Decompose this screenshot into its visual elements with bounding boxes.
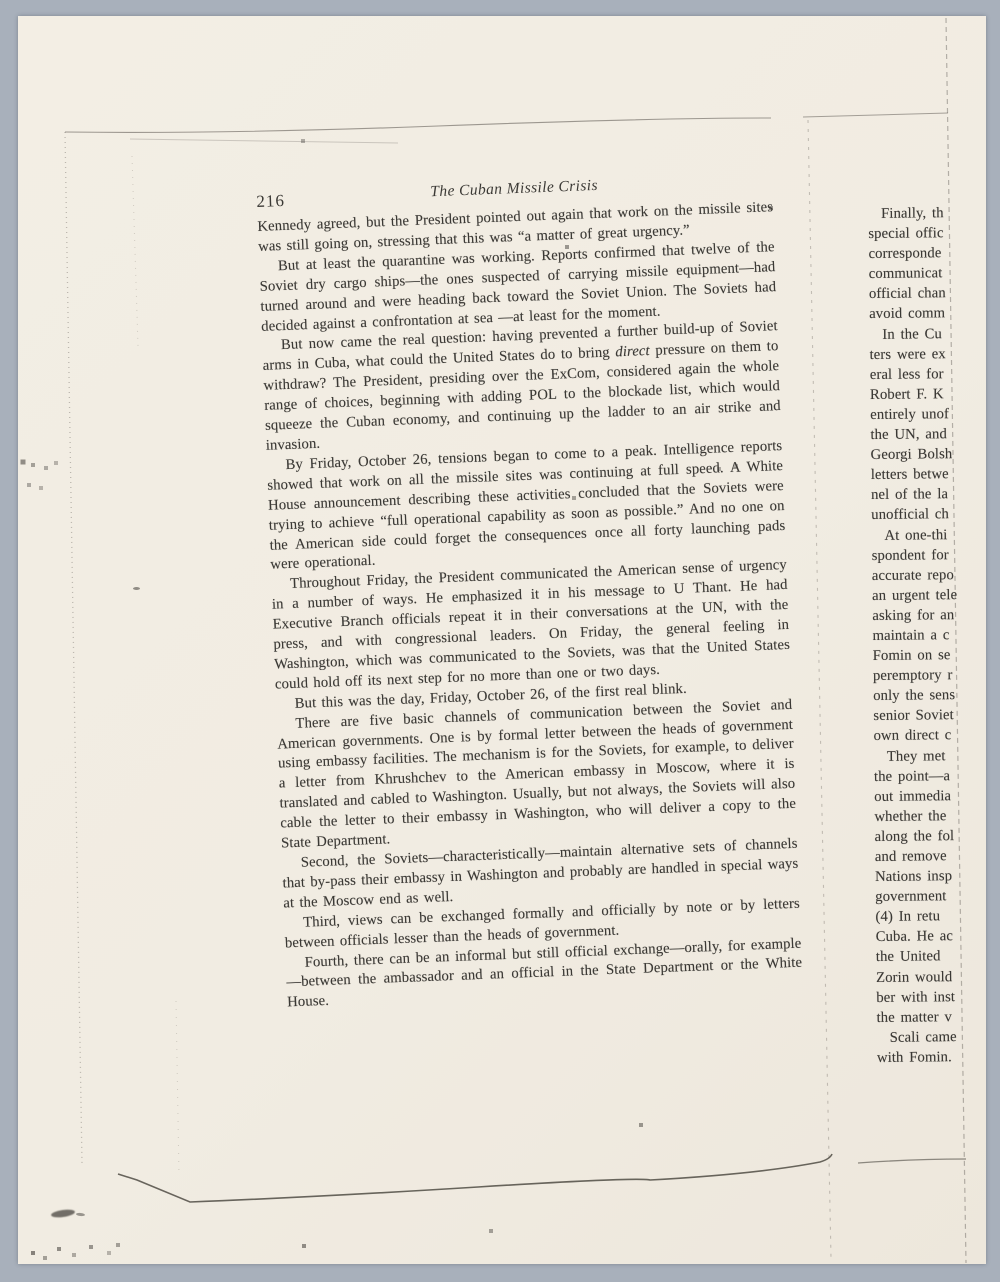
right-column-line: Finally, th (868, 203, 986, 224)
right-column-line: eral less for (870, 364, 988, 385)
right-column-line: Zorin would (876, 966, 994, 987)
right-column-line: Nations insp (875, 866, 993, 887)
paragraph: By Friday, October 26, tensions began to… (266, 437, 786, 576)
right-column-line: the UN, and (870, 424, 988, 445)
right-column-line: own direct c (873, 725, 991, 746)
paragraph: But now came the real question: having p… (262, 318, 782, 457)
right-column-line: accurate repo (872, 564, 990, 585)
right-column-line: Cuba. He ac (876, 926, 994, 947)
right-column-line: government (875, 886, 993, 907)
right-column-line: Georgi Bolsh (871, 444, 989, 465)
right-column-line: along the fol (875, 826, 993, 847)
right-column-line: maintain a c (872, 625, 990, 646)
paragraph: There are five basic channels of communi… (276, 695, 797, 854)
right-column-line: the United (876, 946, 994, 967)
right-column-line: asking for an (872, 605, 990, 626)
paragraph: Throughout Friday, the President communi… (271, 556, 791, 695)
right-column-line: an urgent tele (872, 585, 990, 606)
right-column-line: entirely unof (870, 404, 988, 425)
right-column-line: out immedia (874, 785, 992, 806)
scanned-page-paper: 216 The Cuban Missile Crisis Kennedy agr… (18, 16, 986, 1264)
right-column-line: and remove (875, 846, 993, 867)
right-column-line: unofficial ch (871, 504, 989, 525)
right-column-line: At one-thi (871, 524, 989, 545)
right-column-line: spondent for (872, 544, 990, 565)
right-column-line: ber with inst (876, 986, 994, 1007)
right-column-line: special offic (868, 223, 986, 244)
right-column-line: letters betwe (871, 464, 989, 485)
right-column-line: corresponde (868, 243, 986, 264)
ink-smudge (133, 587, 140, 590)
right-column-line: official chan (869, 283, 987, 304)
right-column-line: peremptory r (873, 665, 991, 686)
scanned-document: { "colors": { "backdrop": "#a8b0bb", "pa… (0, 0, 1000, 1282)
scan-noise-specks (18, 16, 20, 18)
right-column-line: Fomin on se (873, 645, 991, 666)
right-column-line: In the Cu (869, 323, 987, 344)
right-column-line: with Fomin. (877, 1047, 995, 1068)
right-column-line: avoid comm (869, 303, 987, 324)
right-column-line: ters were ex (869, 343, 987, 364)
right-column-line: senior Soviet (873, 705, 991, 726)
right-column-line: whether the (874, 806, 992, 827)
main-paragraphs: Kennedy agreed, but the President pointe… (257, 198, 803, 1013)
right-column-line: the point—a (874, 765, 992, 786)
right-column-line: only the sens (873, 685, 991, 706)
right-column-line: Scali came (877, 1027, 995, 1048)
right-column-line: the matter v (876, 1006, 994, 1027)
right-column-line: Robert F. K (870, 384, 988, 405)
right-column: Finally, thspecial officcorrespondecommu… (868, 203, 995, 1072)
right-column-line: communicat (869, 263, 987, 284)
right-column-line: (4) In retu (875, 906, 993, 927)
right-column-line: They met (874, 745, 992, 766)
right-column-line: nel of the la (871, 484, 989, 505)
main-text-block: 216 The Cuban Missile Crisis Kennedy agr… (256, 170, 803, 1013)
